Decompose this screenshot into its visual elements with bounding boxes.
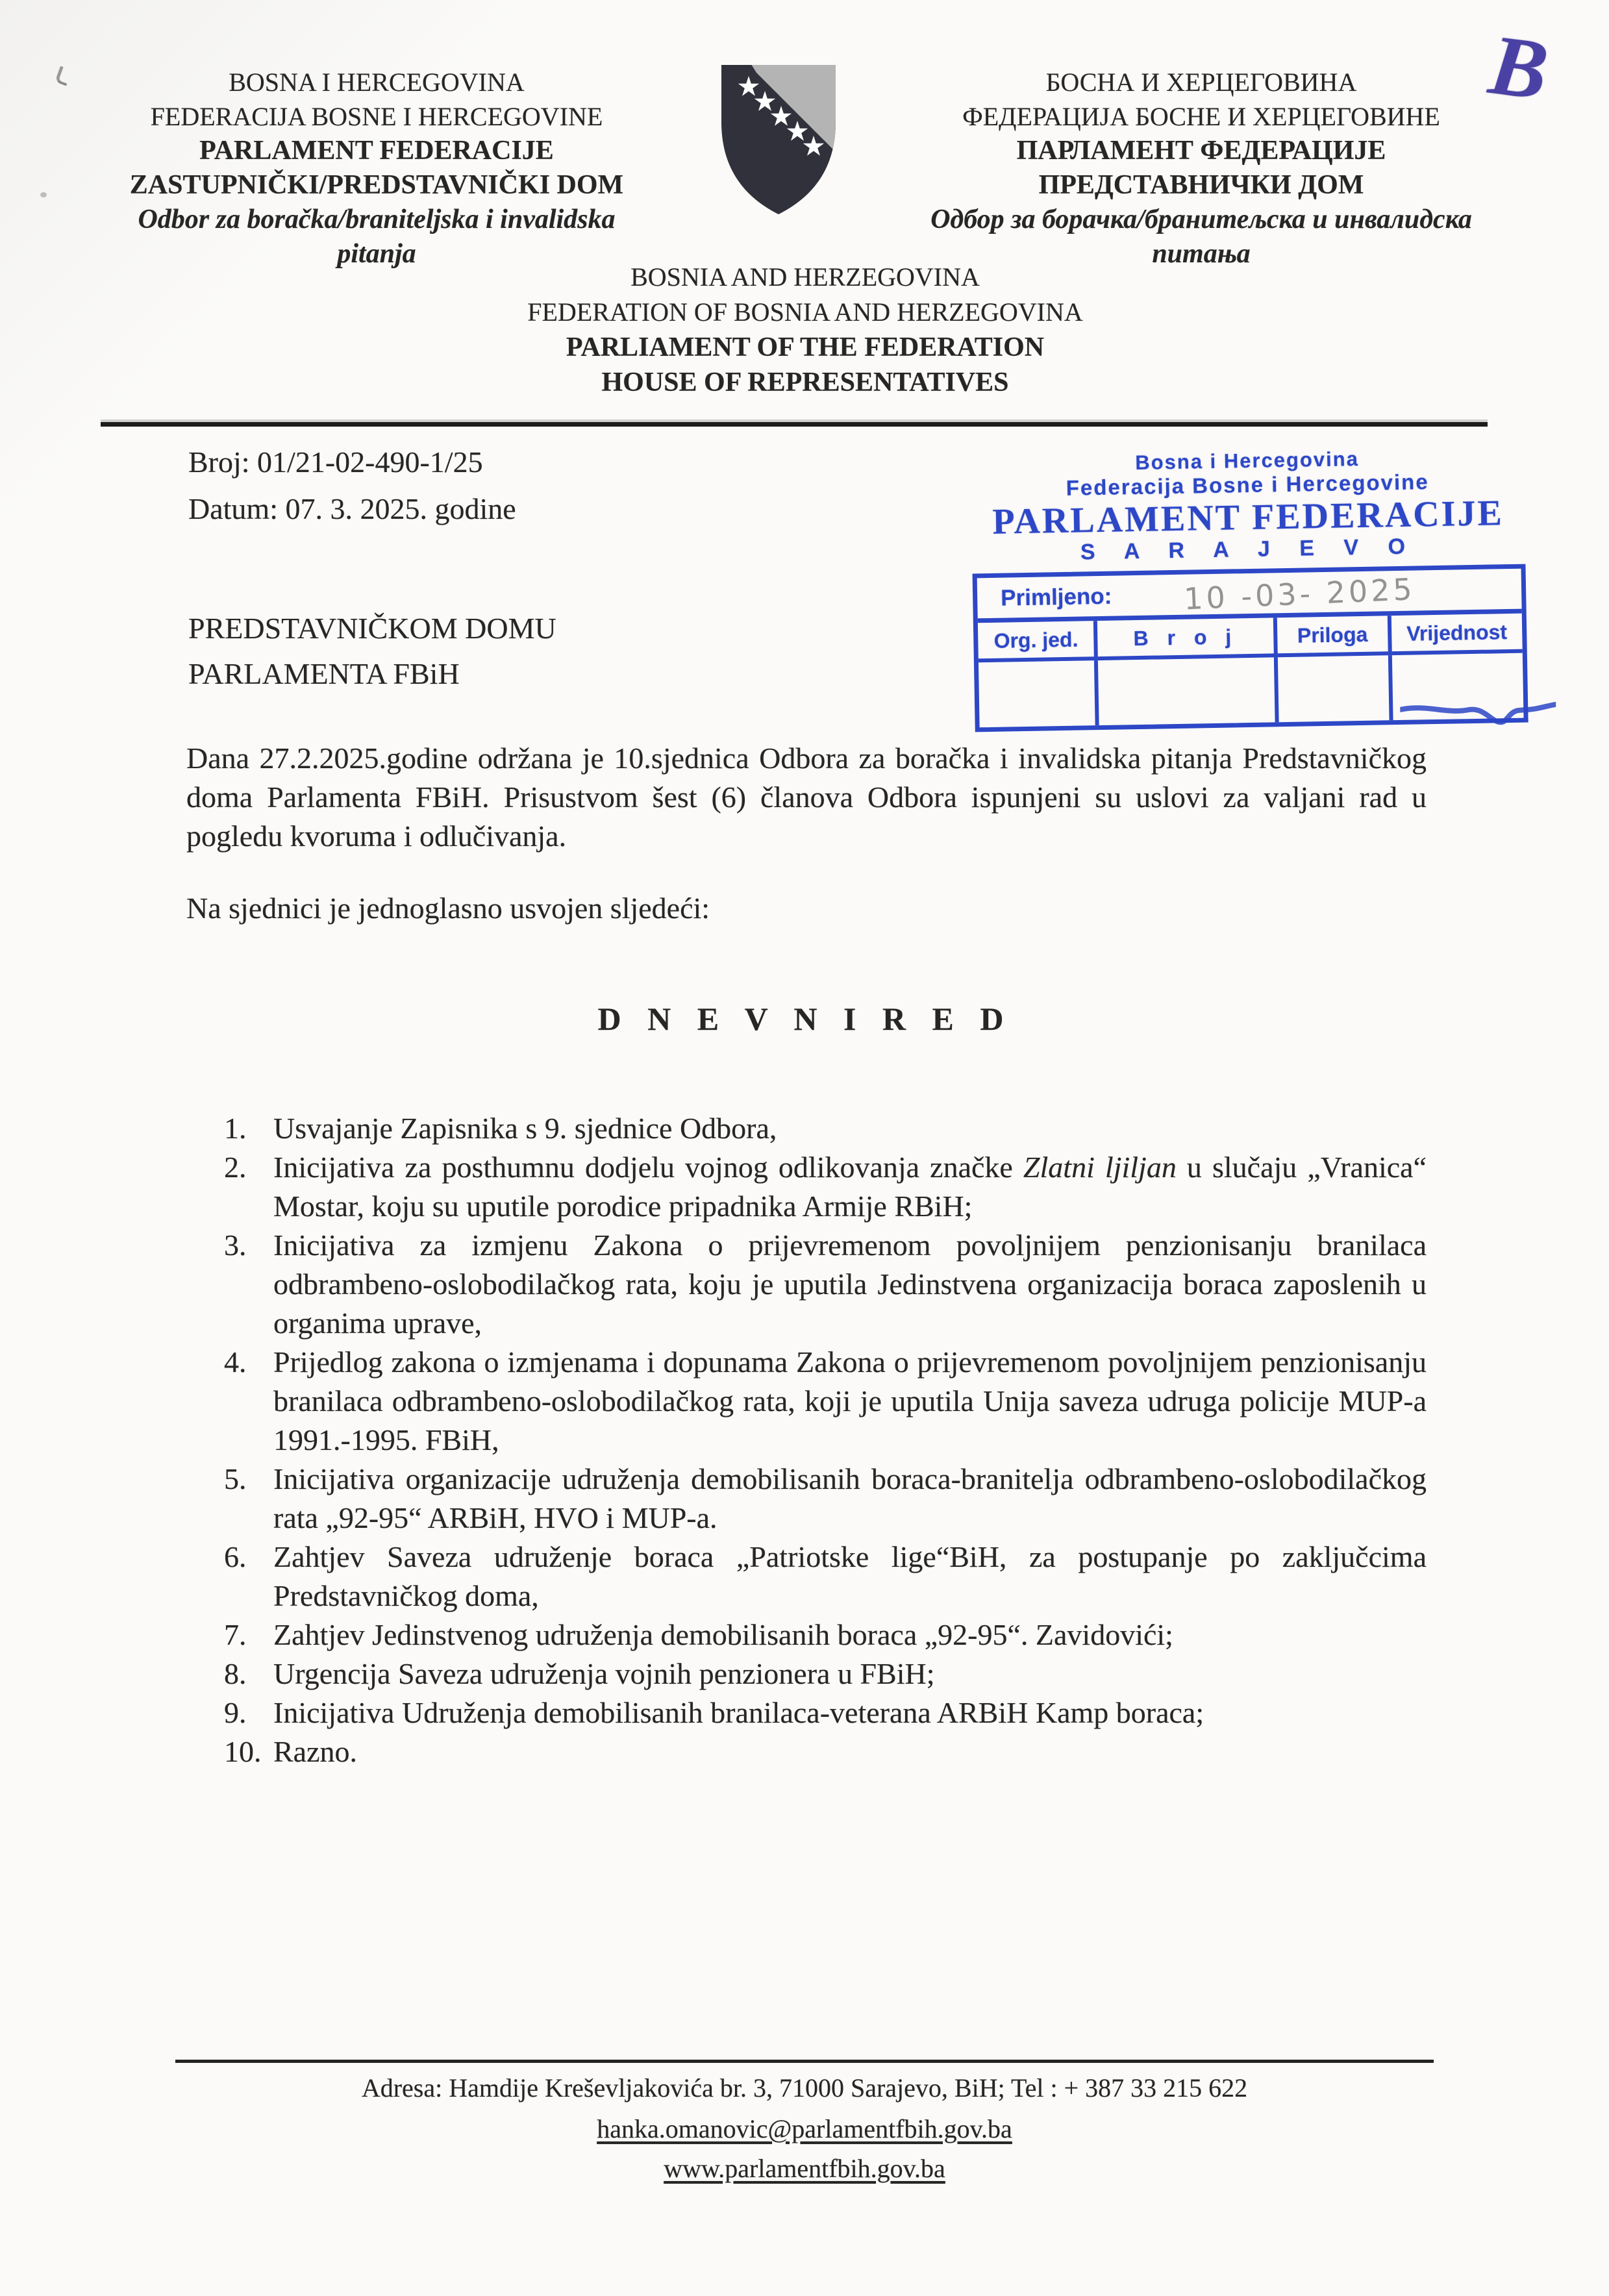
agenda-item: 4.Prijedlog zakona o izmjenama i dopunam…	[224, 1343, 1427, 1460]
stamp-title: PARLAMENT FEDERACIJE	[971, 494, 1525, 542]
agenda-item: 6.Zahtjev Saveza udruženje boraca „Patri…	[224, 1538, 1427, 1616]
scanned-document-page: B BOSNA I HERCEGOVINA FEDERACIJA BOSNE I…	[0, 0, 1609, 2296]
header-en-line: PARLIAMENT OF THE FEDERATION	[390, 330, 1221, 365]
body-paragraph: Na sjednici je jednoglasno usvojen sljed…	[186, 891, 710, 925]
agenda-item-number: 1.	[224, 1109, 273, 1148]
header-left-line: ZASTUPNIČKI/PREDSTAVNIČKI DOM	[97, 168, 656, 203]
agenda-item-text: Zahtjev Saveza udruženje boraca „Patriot…	[273, 1538, 1427, 1616]
agenda-item: 3.Inicijativa za izmjenu Zakona o prijev…	[224, 1226, 1427, 1343]
agenda-item: 9.Inicijativa Udruženja demobilisanih br…	[224, 1693, 1427, 1732]
recipient-line: PARLAMENTA FBiH	[188, 651, 556, 697]
agenda-item-text: Inicijativa za izmjenu Zakona o prijevre…	[273, 1226, 1427, 1343]
fbih-coat-of-arms-icon	[716, 58, 841, 219]
agenda-item: 10.Razno.	[224, 1732, 1427, 1771]
document-meta-block: Broj: 01/21-02-490-1/25 Datum: 07. 3. 20…	[188, 439, 516, 532]
agenda-item-text: Zahtjev Jedinstvenog udruženja demobilis…	[273, 1616, 1427, 1654]
header-english-block: BOSNIA AND HERZEGOVINA FEDERATION OF BOS…	[390, 260, 1221, 400]
header-right-line: ФЕДЕРАЦИЈА БОСНЕ И ХЕРЦЕГОВИНЕ	[909, 99, 1493, 134]
received-stamp: Bosna i Hercegovina Federacija Bosne i H…	[970, 445, 1528, 732]
stamp-ink-smudge	[1400, 695, 1556, 730]
header-right-line: ПРЕДСТАВНИЧКИ ДОМ	[909, 168, 1493, 203]
agenda-item-number: 4.	[224, 1343, 273, 1460]
footer-email: hanka.omanovic@parlamentfbih.gov.ba	[0, 2114, 1609, 2144]
header-left-line: BOSNA I HERCEGOVINA	[97, 65, 656, 99]
agenda-item-text: Usvajanje Zapisnika s 9. sjednice Odbora…	[273, 1109, 1427, 1148]
footer-address: Adresa: Hamdije Kreševljakovića br. 3, 7…	[0, 2073, 1609, 2103]
footer-divider-rule	[175, 2060, 1434, 2063]
body-paragraph: Dana 27.2.2025.godine održana je 10.sjed…	[186, 739, 1427, 856]
stamp-empty-cell	[1098, 657, 1278, 725]
footer-website: www.parlamentfbih.gov.ba	[0, 2153, 1609, 2184]
header-left-line: FEDERACIJA BOSNE I HERCEGOVINE	[97, 99, 656, 134]
document-date: Datum: 07. 3. 2025. godine	[188, 486, 516, 532]
agenda-item-number: 3.	[224, 1226, 273, 1343]
stamp-col-vrijednost: Vrijednost	[1391, 614, 1523, 656]
agenda-item-text: Razno.	[273, 1732, 1427, 1771]
agenda-item-number: 7.	[224, 1616, 273, 1654]
stamp-empty-cell	[979, 660, 1099, 727]
agenda-item: 1.Usvajanje Zapisnika s 9. sjednice Odbo…	[224, 1109, 1427, 1148]
agenda-item-text: Urgencija Saveza udruženja vojnih penzio…	[273, 1654, 1427, 1693]
agenda-title: D N E V N I R E D	[390, 1000, 1221, 1038]
header-right-block: БОСНА И ХЕРЦЕГОВИНА ФЕДЕРАЦИЈА БОСНЕ И Х…	[909, 65, 1493, 271]
header-en-line: HOUSE OF REPRESENTATIVES	[390, 365, 1221, 400]
header-left-block: BOSNA I HERCEGOVINA FEDERACIJA BOSNE I H…	[97, 65, 656, 271]
footer-block: Adresa: Hamdije Kreševljakovića br. 3, 7…	[0, 2073, 1609, 2184]
agenda-item-number: 8.	[224, 1654, 273, 1693]
agenda-item-number: 9.	[224, 1693, 273, 1732]
header-en-line: BOSNIA AND HERZEGOVINA	[390, 260, 1221, 295]
scan-speck	[55, 66, 72, 86]
header-en-line: FEDERATION OF BOSNIA AND HERZEGOVINA	[390, 295, 1221, 330]
header-left-line: PARLAMENT FEDERACIJE	[97, 134, 656, 168]
stamp-col-org-jed: Org. jed.	[978, 621, 1098, 662]
agenda-item: 5.Inicijativa organizacije udruženja dem…	[224, 1460, 1427, 1538]
recipient-line: PREDSTAVNIČKOM DOMU	[188, 606, 556, 651]
agenda-item-text: Inicijativa Udruženja demobilisanih bran…	[273, 1693, 1427, 1732]
stamp-table: Primljeno: 10 -03- 2025 Org. jed. B r o …	[973, 564, 1528, 732]
scan-speck	[40, 192, 47, 197]
stamp-col-priloga: Priloga	[1277, 616, 1392, 657]
stamp-received-date: 10 -03- 2025	[1183, 564, 1522, 619]
agenda-list: 1.Usvajanje Zapisnika s 9. sjednice Odbo…	[224, 1109, 1427, 1771]
recipient-block: PREDSTAVNIČKOM DOMU PARLAMENTA FBiH	[188, 606, 556, 697]
document-number: Broj: 01/21-02-490-1/25	[188, 439, 516, 486]
header-right-line: ПАРЛАМЕНТ ФЕДЕРАЦИЈЕ	[909, 134, 1493, 168]
agenda-item-text: Inicijativa organizacije udruženja demob…	[273, 1460, 1427, 1538]
header-right-line: БОСНА И ХЕРЦЕГОВИНА	[909, 65, 1493, 99]
header-divider-rule	[101, 422, 1488, 427]
agenda-item: 8.Urgencija Saveza udruženja vojnih penz…	[224, 1654, 1427, 1693]
agenda-item-text: Prijedlog zakona o izmjenama i dopunama …	[273, 1343, 1427, 1460]
agenda-item-number: 5.	[224, 1460, 273, 1538]
stamp-empty-cell	[1278, 655, 1393, 722]
agenda-item-number: 10.	[224, 1732, 273, 1771]
agenda-item: 7.Zahtjev Jedinstvenog udruženja demobil…	[224, 1616, 1427, 1654]
stamp-col-broj: B r o j	[1097, 618, 1278, 660]
agenda-item-number: 6.	[224, 1538, 273, 1616]
agenda-item-number: 2.	[224, 1148, 273, 1226]
agenda-item: 2.Inicijativa za posthumnu dodjelu vojno…	[224, 1148, 1427, 1226]
agenda-item-text: Inicijativa za posthumnu dodjelu vojnog …	[273, 1148, 1427, 1226]
stamp-received-label: Primljeno:	[977, 575, 1184, 619]
handwritten-mark: B	[1485, 21, 1552, 114]
